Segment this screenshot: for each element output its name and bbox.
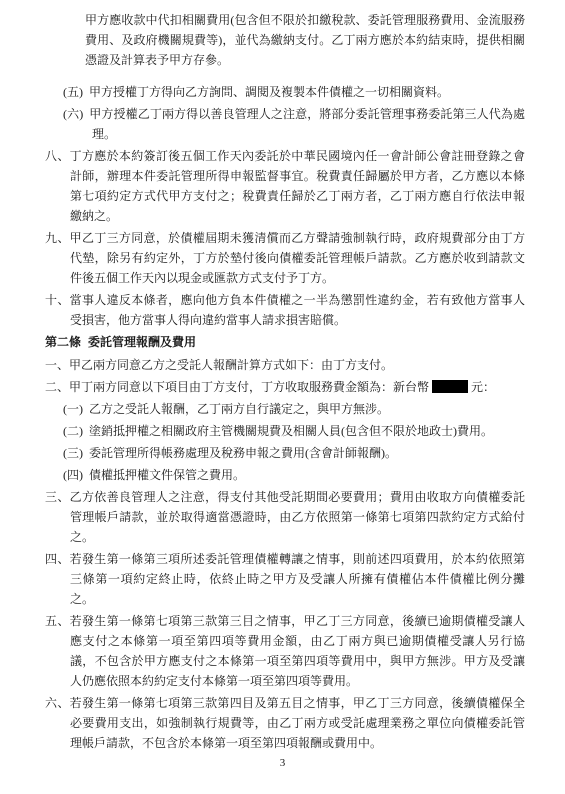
item-text: 若發生第一條第七項第三款第三目之情事，甲乙丁三方同意，後續已逾期債權受讓人應支付… [70, 614, 525, 688]
item-label: 二、 [45, 380, 69, 394]
item-label: 六、 [45, 696, 70, 710]
item-text: 債權抵押權文件保管之費用。 [89, 468, 245, 482]
item-text: 丁方應於本約簽訂後五個工作天內委託於中華民國境內任一會計師公會註冊登錄之會計師，… [70, 149, 525, 223]
item-text: 委託管理所得帳務處理及稅務申報之費用(含會計師報酬)。 [89, 446, 397, 460]
clause-item-8: 八、丁方應於本約簽訂後五個工作天內委託於中華民國境內任一會計師公會註冊登錄之會計… [45, 146, 525, 226]
article-title: 委託管理報酬及費用 [88, 335, 196, 349]
clause-item-3: 三、乙方依善良管理人之注意，得支付其他受託期間必要費用；費用由收取方向債權委託管… [45, 487, 525, 547]
item-label: 五、 [45, 614, 70, 628]
contract-document-page: 甲方應收款中代扣相關費用(包含但不限於扣繳稅款、委託管理服務費用、金流服務費用、… [0, 0, 565, 794]
item-text: 塗銷抵押權之相關政府主管機關規費及相關人員(包含但不限於地政士)費用。 [89, 424, 493, 438]
clause-item-4: 四、若發生第一條第三項所述委託管理債權轉讓之情事，則前述四項費用，於本約依照第三… [45, 549, 525, 609]
clause-item-2: 二、甲丁兩方同意以下項目由丁方支付，丁方收取服務費金額為：新台幣元： [45, 377, 525, 397]
clause-item-5: 五、若發生第一條第七項第三款第三目之情事，甲乙丁三方同意，後續已逾期債權受讓人應… [45, 611, 525, 691]
item-label: 八、 [45, 149, 70, 163]
item-text: 若發生第一條第三項所述委託管理債權轉讓之情事，則前述四項費用，於本約依照第三條第… [70, 552, 525, 606]
item-label: 一、 [45, 358, 69, 372]
item-label: (一) [63, 402, 83, 416]
subclause-item-5: (五)甲方授權丁方得向乙方詢問、調閱及複製本件債權之一切相關資料。 [63, 82, 525, 102]
item-text: 乙方之受託人報酬，乙丁兩方自行議定之，與甲方無涉。 [89, 402, 389, 416]
item-text-after-redaction: 元： [471, 380, 495, 394]
item-text: 甲乙丁三方同意，於債權屆期未獲清償而乙方聲請強制執行時，政府規費部分由丁方代墊，… [70, 231, 525, 285]
item-text: 甲方授權丁方得向乙方詢問、調閱及複製本件債權之一切相關資料。 [89, 85, 449, 99]
item-text: 甲方授權乙丁兩方得以善良管理人之注意，將部分委託管理事務委託第三人代為處理。 [89, 107, 525, 141]
subclause-item-1: (一)乙方之受託人報酬，乙丁兩方自行議定之，與甲方無涉。 [63, 399, 525, 419]
item-text: 乙方依善良管理人之注意，得支付其他受託期間必要費用；費用由收取方向債權委託管理帳… [70, 490, 525, 544]
item-label: (五) [63, 85, 83, 99]
item-text-before-redaction: 甲丁兩方同意以下項目由丁方支付，丁方收取服務費金額為：新台幣 [69, 380, 429, 394]
clause-continuation-paragraph: 甲方應收款中代扣相關費用(包含但不限於扣繳稅款、委託管理服務費用、金流服務費用、… [85, 10, 525, 70]
item-text: 若發生第一條第七項第三款第四目及第五目之情事，甲乙丁三方同意，後續債權保全必要費… [70, 696, 525, 750]
item-label: (六) [63, 107, 83, 121]
subclause-item-2: (二)塗銷抵押權之相關政府主管機關規費及相關人員(包含但不限於地政士)費用。 [63, 421, 525, 441]
redaction-box [432, 380, 468, 393]
subclause-item-4: (四)債權抵押權文件保管之費用。 [63, 465, 525, 485]
item-label: 十、 [45, 293, 70, 307]
item-label: 三、 [45, 490, 70, 504]
item-label: 九、 [45, 231, 70, 245]
article-number: 第二條 [45, 335, 81, 349]
page-number: 3 [0, 757, 565, 769]
item-label: (四) [63, 468, 83, 482]
subclause-item-3: (三)委託管理所得帳務處理及稅務申報之費用(含會計師報酬)。 [63, 443, 525, 463]
clause-item-1: 一、甲乙兩方同意乙方之受託人報酬計算方式如下：由丁方支付。 [45, 355, 525, 375]
subclause-item-6: (六)甲方授權乙丁兩方得以善良管理人之注意，將部分委託管理事務委託第三人代為處理… [63, 104, 525, 144]
item-text: 當事人違反本條者，應向他方負本件債權之一半為懲罰性違約金，若有致他方當事人受損害… [70, 293, 525, 327]
item-text: 甲乙兩方同意乙方之受託人報酬計算方式如下：由丁方支付。 [69, 358, 393, 372]
item-label: (三) [63, 446, 83, 460]
item-label: (二) [63, 424, 83, 438]
clause-item-10: 十、當事人違反本條者，應向他方負本件債權之一半為懲罰性違約金，若有致他方當事人受… [45, 290, 525, 330]
clause-item-9: 九、甲乙丁三方同意，於債權屆期未獲清償而乙方聲請強制執行時，政府規費部分由丁方代… [45, 228, 525, 288]
clause-item-6: 六、若發生第一條第七項第三款第四目及第五目之情事，甲乙丁三方同意，後續債權保全必… [45, 693, 525, 753]
section-heading-article-2: 第二條委託管理報酬及費用 [45, 332, 525, 352]
item-label: 四、 [45, 552, 70, 566]
item-text: 甲方應收款中代扣相關費用(包含但不限於扣繳稅款、委託管理服務費用、金流服務費用、… [85, 13, 525, 67]
